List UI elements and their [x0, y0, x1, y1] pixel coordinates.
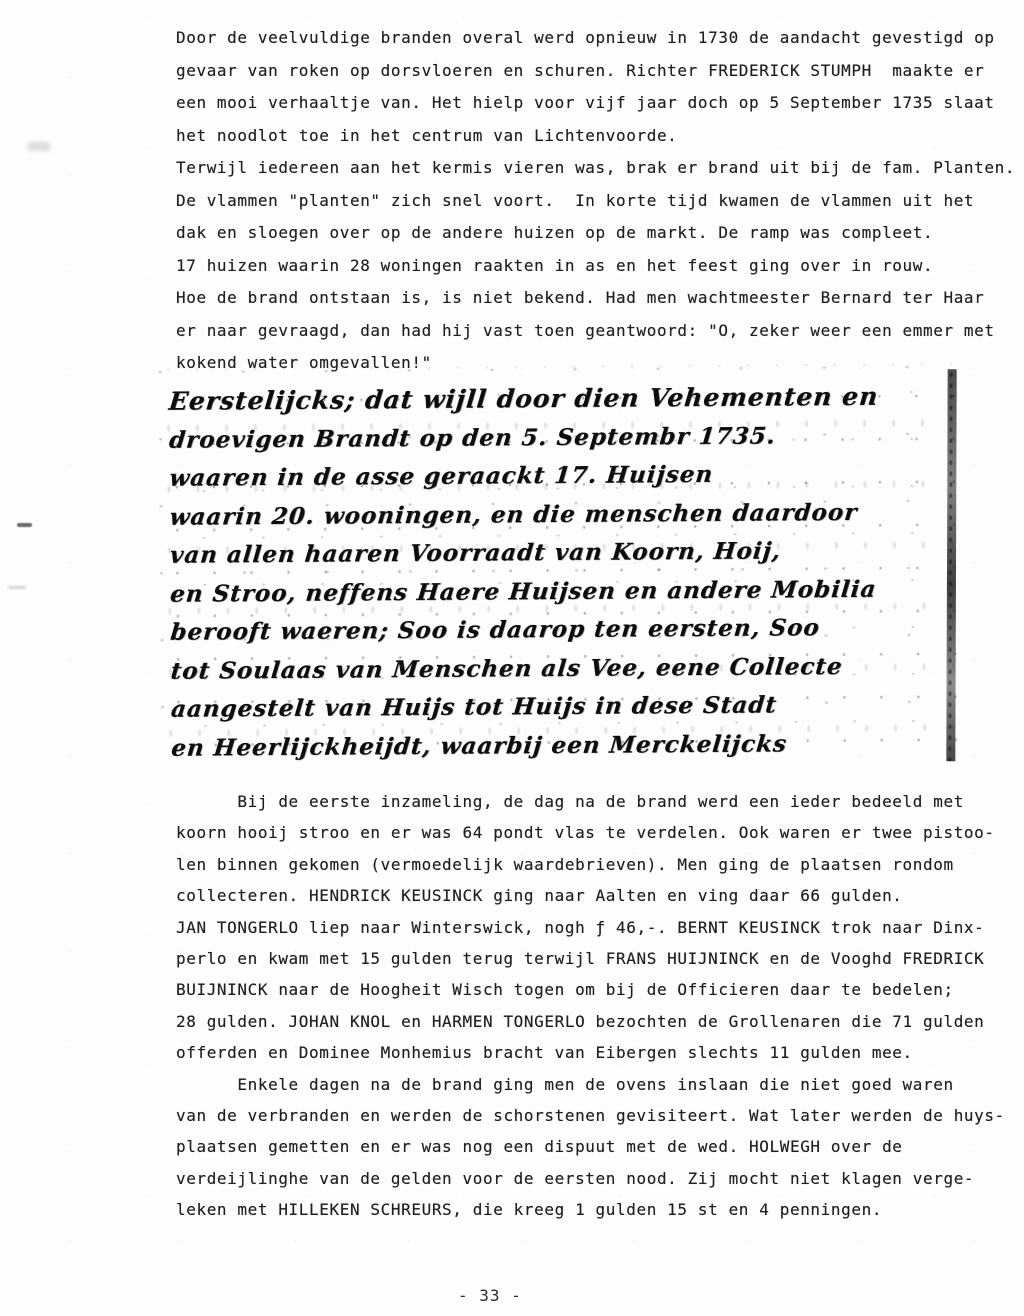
typed-line: collecteren. HENDRICK KEUSINCK ging naar…: [176, 880, 1005, 911]
manuscript-line: droevigen Brandt op den 5. Septembr 1735…: [167, 416, 949, 460]
manuscript-line: aangestelt van Huijs tot Huijs in dese S…: [169, 685, 951, 729]
typed-line: Enkele dagen na de brand ging men de ove…: [176, 1069, 1005, 1100]
typed-line: plaatsen gemetten en er was nog een disp…: [176, 1131, 1005, 1162]
typed-line: koorn hooij stroo en er was 64 pondt vla…: [176, 817, 1005, 848]
manuscript-line: berooft waeren; Soo is daarop ten eerste…: [169, 608, 951, 652]
handwritten-manuscript-scan: Eerstelijcks; dat wijll door dien Veheme…: [151, 363, 960, 771]
manuscript-line: Eerstelijcks; dat wijll door dien Veheme…: [167, 377, 949, 421]
typed-line: 28 gulden. JOHAN KNOL en HARMEN TONGERLO…: [176, 1006, 1005, 1037]
scan-smudge: [28, 142, 50, 151]
typed-line: perlo en kwam met 15 gulden terug terwij…: [176, 943, 1005, 974]
typed-line: Hoe de brand ontstaan is, is niet bekend…: [176, 282, 1015, 315]
typed-line: gevaar van roken op dorsvloeren en schur…: [176, 55, 1015, 88]
manuscript-line: waarin 20. wooningen, en die menschen da…: [168, 493, 950, 537]
typed-text-bottom: Bij de eerste inzameling, de dag na de b…: [176, 786, 1005, 1226]
margin-dash: [8, 586, 26, 589]
typed-line: leken met HILLEKEN SCHREURS, die kreeg 1…: [176, 1194, 1005, 1225]
manuscript-line: en Heerlijckheijdt, waarbij een Merckeli…: [169, 724, 951, 768]
typed-text-top: Door de veelvuldige branden overal werd …: [176, 22, 1015, 380]
typed-line: Door de veelvuldige branden overal werd …: [176, 22, 1015, 55]
typed-line: offerden en Dominee Monhemius bracht van…: [176, 1037, 1005, 1068]
manuscript-line: en Stroo, neffens Haere Huijsen en ander…: [168, 570, 950, 614]
manuscript-line: tot Soulaas van Menschen als Vee, eene C…: [169, 647, 951, 691]
typed-line: Bij de eerste inzameling, de dag na de b…: [176, 786, 1005, 817]
typed-line: len binnen gekomen (vermoedelijk waardeb…: [176, 849, 1005, 880]
scanned-document-page: Door de veelvuldige branden overal werd …: [0, 0, 1024, 1316]
typed-line: De vlammen "planten" zich snel voort. In…: [176, 185, 1015, 218]
typed-line: het noodlot toe in het centrum van Licht…: [176, 120, 1015, 153]
typed-line: BUIJNINCK naar de Hoogheit Wisch togen o…: [176, 974, 1005, 1005]
typed-line: er naar gevraagd, dan had hij vast toen …: [176, 315, 1015, 348]
typed-line: 17 huizen waarin 28 woningen raakten in …: [176, 250, 1015, 283]
page-number: - 33 -: [458, 1286, 522, 1305]
typed-line: Terwijl iedereen aan het kermis vieren w…: [176, 152, 1015, 185]
margin-dash: [17, 523, 32, 527]
scan-shadow-edge: [946, 369, 956, 761]
typed-line: een mooi verhaaltje van. Het hielp voor …: [176, 87, 1015, 120]
manuscript-line: van allen haaren Voorraadt van Koorn, Ho…: [168, 531, 950, 575]
typed-line: dak en sloegen over op de andere huizen …: [176, 217, 1015, 250]
manuscript-line: waaren in de asse geraackt 17. Huijsen: [167, 454, 949, 498]
typed-line: verdeijlinghe van de gelden voor de eers…: [176, 1163, 1005, 1194]
typed-line: JAN TONGERLO liep naar Winterswick, nogh…: [176, 912, 1005, 943]
typed-line: van de verbranden en werden de schorsten…: [176, 1100, 1005, 1131]
